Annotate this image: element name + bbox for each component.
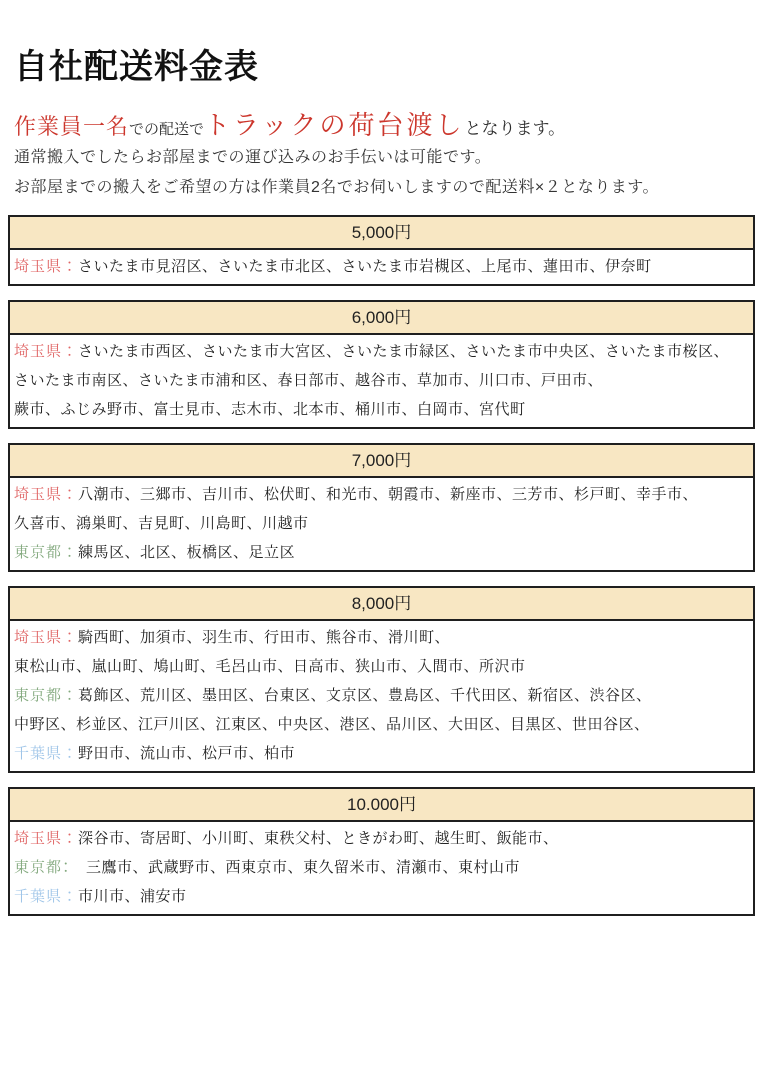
page-title: 自社配送料金表 [14, 50, 755, 86]
cities-text: 野田市、流山市、松戸市、柏市 [78, 745, 295, 762]
cities-text: 三鷹市、武蔵野市、西東京市、東久留米市、清瀬市、東村山市 [71, 859, 521, 876]
intro-line-2: 通常搬入でしたらお部屋までの運び込みのお手伝いは可能です。 [14, 144, 755, 171]
cities-text: 蕨市、ふじみ野市、富士見市、志木市、北本市、桶川市、白岡市、宮代町 [14, 401, 526, 418]
document-page: 自社配送料金表 作業員一名 での配送で トラックの荷台渡し となります。 通常搬… [0, 0, 763, 1080]
intro-highlight-workers: 作業員一名 [14, 114, 129, 140]
intro-line-1: 作業員一名 での配送で トラックの荷台渡し となります。 [14, 110, 755, 141]
cities-text: さいたま市見沼区、さいたま市北区、さいたま市岩槻区、上尾市、蓮田市、伊奈町 [78, 258, 652, 275]
fee-table-2: 7,000円埼玉県：八潮市、三郷市、吉川市、松伏町、和光市、朝霞市、新座市、三芳… [8, 443, 755, 572]
cities-text: 久喜市、鴻巣町、吉見町、川島町、川越市 [14, 515, 309, 532]
region-line: 東松山市、嵐山町、鳩山町、毛呂山市、日高市、狭山市、入間市、所沢市 [14, 652, 749, 681]
price-header: 8,000円 [10, 588, 753, 621]
intro-connector-text: での配送で [129, 121, 204, 139]
region-line: 千葉県：市川市、浦安市 [14, 882, 749, 911]
table-body: 埼玉県：八潮市、三郷市、吉川市、松伏町、和光市、朝霞市、新座市、三芳市、杉戸町、… [10, 478, 753, 570]
region-line: 中野区、杉並区、江戸川区、江東区、中央区、港区、品川区、大田区、目黒区、世田谷区… [14, 710, 749, 739]
region-line: 東京都：葛飾区、荒川区、墨田区、台東区、文京区、豊島区、千代田区、新宿区、渋谷区… [14, 681, 749, 710]
fee-table-4: 10.000円埼玉県：深谷市、寄居町、小川町、東秩父村、ときがわ町、越生町、飯能… [8, 787, 755, 916]
prefecture-label: 埼玉県： [14, 830, 78, 847]
cities-text: 練馬区、北区、板橋区、足立区 [78, 544, 295, 561]
intro-ending-text: となります。 [465, 119, 566, 139]
intro-line-3: お部屋までの搬入をご希望の方は作業員2名でお伺いしますので配送料×２となります。 [14, 174, 755, 201]
region-line: さいたま市南区、さいたま市浦和区、春日部市、越谷市、草加市、川口市、戸田市、 [14, 366, 749, 395]
prefecture-label: 千葉県： [14, 745, 78, 762]
price-header: 5,000円 [10, 217, 753, 250]
cities-text: 東松山市、嵐山町、鳩山町、毛呂山市、日高市、狭山市、入間市、所沢市 [14, 658, 526, 675]
fee-table-0: 5,000円埼玉県：さいたま市見沼区、さいたま市北区、さいたま市岩槻区、上尾市、… [8, 215, 755, 286]
price-header: 7,000円 [10, 445, 753, 478]
price-header: 10.000円 [10, 789, 753, 822]
prefecture-label: 埼玉県： [14, 629, 78, 646]
prefecture-label: 埼玉県： [14, 486, 78, 503]
prefecture-label: 千葉県： [14, 888, 78, 905]
region-line: 埼玉県：さいたま市西区、さいたま市大宮区、さいたま市緑区、さいたま市中央区、さい… [14, 337, 749, 366]
fee-table-1: 6,000円埼玉県：さいたま市西区、さいたま市大宮区、さいたま市緑区、さいたま市… [8, 300, 755, 429]
table-body: 埼玉県：深谷市、寄居町、小川町、東秩父村、ときがわ町、越生町、飯能市、東京都： … [10, 822, 753, 914]
region-line: 久喜市、鴻巣町、吉見町、川島町、川越市 [14, 509, 749, 538]
table-body: 埼玉県：さいたま市見沼区、さいたま市北区、さいたま市岩槻区、上尾市、蓮田市、伊奈… [10, 250, 753, 284]
region-line: 東京都： 三鷹市、武蔵野市、西東京市、東久留米市、清瀬市、東村山市 [14, 853, 749, 882]
fee-table-3: 8,000円埼玉県：騎西町、加須市、羽生市、行田市、熊谷市、滑川町、東松山市、嵐… [8, 586, 755, 773]
prefecture-label: 東京都： [14, 544, 78, 561]
cities-text: 深谷市、寄居町、小川町、東秩父村、ときがわ町、越生町、飯能市、 [78, 830, 559, 847]
price-header: 6,000円 [10, 302, 753, 335]
prefecture-label: 東京都： [14, 859, 71, 876]
cities-text: さいたま市西区、さいたま市大宮区、さいたま市緑区、さいたま市中央区、さいたま市桜… [78, 343, 729, 360]
intro-highlight-truckbed: トラックの荷台渡し [204, 110, 464, 141]
cities-text: 葛飾区、荒川区、墨田区、台東区、文京区、豊島区、千代田区、新宿区、渋谷区、 [78, 687, 652, 704]
cities-text: 騎西町、加須市、羽生市、行田市、熊谷市、滑川町、 [78, 629, 450, 646]
prefecture-label: 東京都： [14, 687, 78, 704]
prefecture-label: 埼玉県： [14, 343, 78, 360]
fee-tables: 5,000円埼玉県：さいたま市見沼区、さいたま市北区、さいたま市岩槻区、上尾市、… [8, 215, 755, 916]
region-line: 埼玉県：深谷市、寄居町、小川町、東秩父村、ときがわ町、越生町、飯能市、 [14, 824, 749, 853]
prefecture-label: 埼玉県： [14, 258, 78, 275]
region-line: 蕨市、ふじみ野市、富士見市、志木市、北本市、桶川市、白岡市、宮代町 [14, 395, 749, 424]
region-line: 千葉県：野田市、流山市、松戸市、柏市 [14, 739, 749, 768]
region-line: 埼玉県：八潮市、三郷市、吉川市、松伏町、和光市、朝霞市、新座市、三芳市、杉戸町、… [14, 480, 749, 509]
intro-text: 作業員一名 での配送で トラックの荷台渡し となります。 通常搬入でしたらお部屋… [14, 110, 755, 201]
region-line: 埼玉県：さいたま市見沼区、さいたま市北区、さいたま市岩槻区、上尾市、蓮田市、伊奈… [14, 252, 749, 281]
cities-text: 市川市、浦安市 [78, 888, 187, 905]
region-line: 埼玉県：騎西町、加須市、羽生市、行田市、熊谷市、滑川町、 [14, 623, 749, 652]
cities-text: 中野区、杉並区、江戸川区、江東区、中央区、港区、品川区、大田区、目黒区、世田谷区… [14, 716, 650, 733]
region-line: 東京都：練馬区、北区、板橋区、足立区 [14, 538, 749, 567]
table-body: 埼玉県：騎西町、加須市、羽生市、行田市、熊谷市、滑川町、東松山市、嵐山町、鳩山町… [10, 621, 753, 771]
cities-text: さいたま市南区、さいたま市浦和区、春日部市、越谷市、草加市、川口市、戸田市、 [14, 372, 603, 389]
table-body: 埼玉県：さいたま市西区、さいたま市大宮区、さいたま市緑区、さいたま市中央区、さい… [10, 335, 753, 427]
cities-text: 八潮市、三郷市、吉川市、松伏町、和光市、朝霞市、新座市、三芳市、杉戸町、幸手市、 [78, 486, 698, 503]
